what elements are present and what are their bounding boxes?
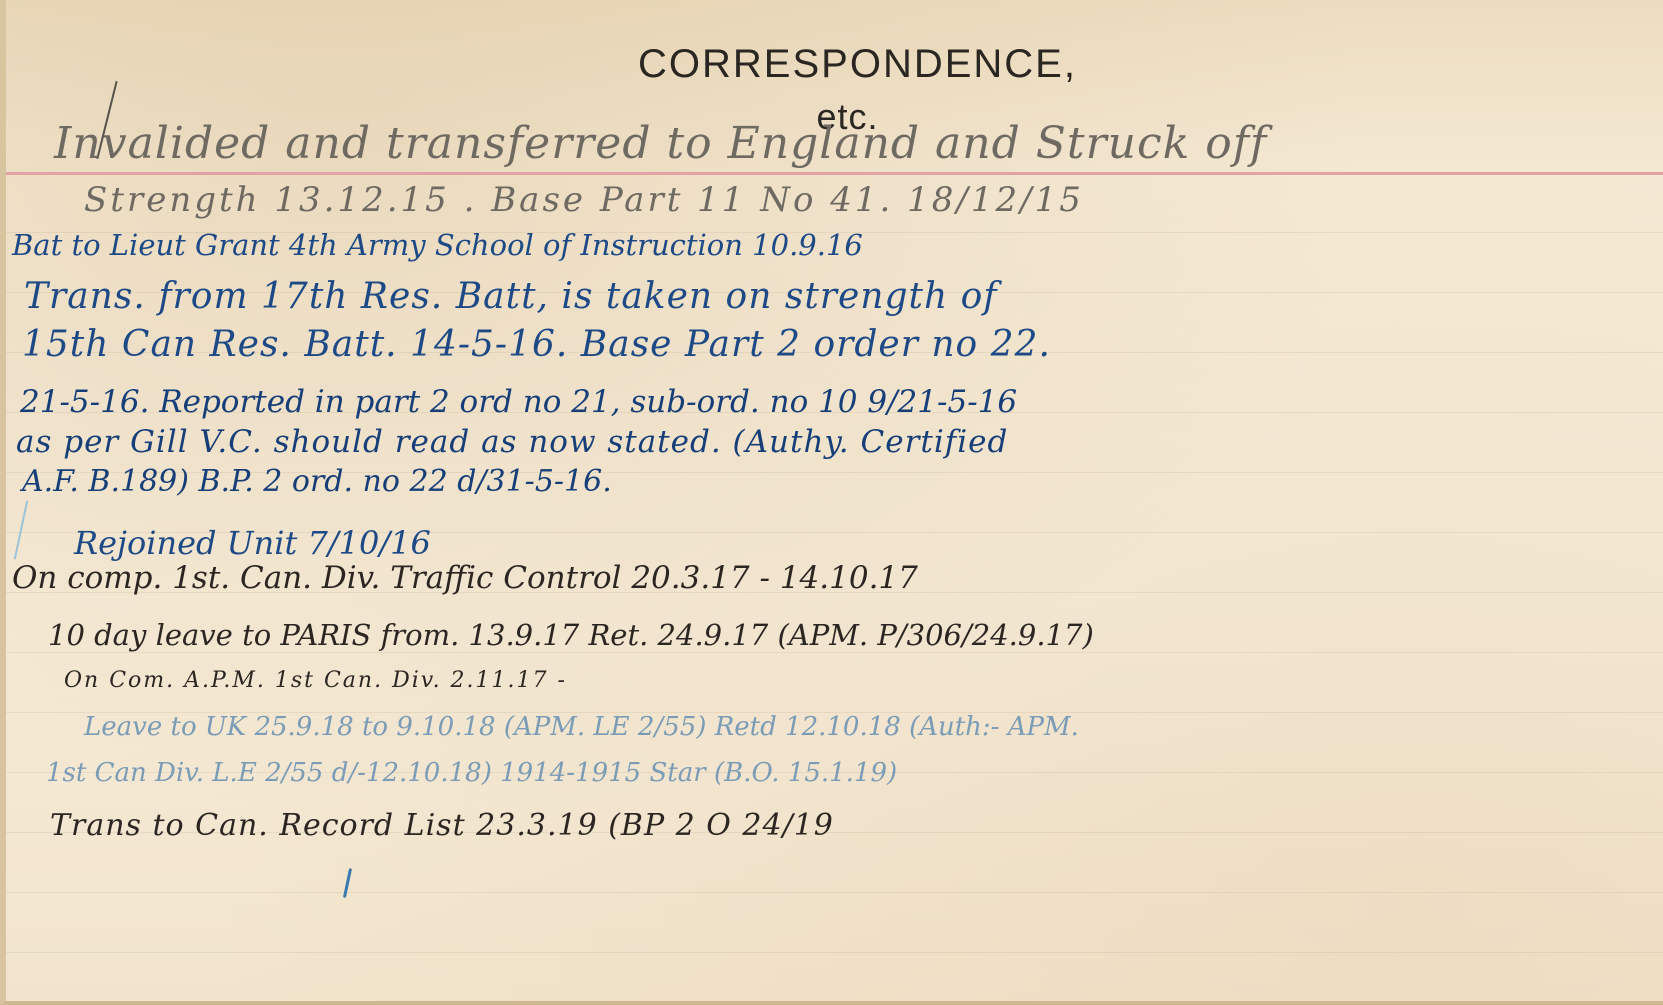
entry-line: On Com. A.P.M. 1st Can. Div. 2.11.17 - <box>64 668 567 693</box>
entry-line: Invalided and transferred to England and… <box>54 118 1267 169</box>
entry-line: 15th Can Res. Batt. 14-5-16. Base Part 2… <box>22 324 1051 365</box>
ruled-line <box>6 952 1663 953</box>
ink-tick-mark <box>14 500 28 559</box>
entry-line: 21-5-16. Reported in part 2 ord no 21, s… <box>20 384 1017 420</box>
ink-tick-mark <box>343 868 352 898</box>
entry-line: Rejoined Unit 7/10/16 <box>74 524 431 562</box>
entry-line: 10 day leave to PARIS from. 13.9.17 Ret.… <box>48 618 1094 652</box>
card-heading: CORRESPONDENCE, <box>6 42 1663 87</box>
entry-line: A.F. B.189) B.P. 2 ord. no 22 d/31-5-16. <box>22 464 612 499</box>
entry-line: Leave to UK 25.9.18 to 9.10.18 (APM. LE … <box>84 712 1079 742</box>
entry-line: On comp. 1st. Can. Div. Traffic Control … <box>12 560 918 596</box>
entry-line: 1st Can Div. L.E 2/55 d/-12.10.18) 1914-… <box>46 758 897 788</box>
entry-line: Bat to Lieut Grant 4th Army School of In… <box>12 228 863 262</box>
entry-line: Trans to Can. Record List 23.3.19 (BP 2 … <box>50 808 834 843</box>
entry-line: Trans. from 17th Res. Batt, is taken on … <box>24 276 998 317</box>
correspondence-card: CORRESPONDENCE, etc. Invalided and trans… <box>0 0 1663 1005</box>
entry-line: as per Gill V.C. should read as now stat… <box>16 424 1008 460</box>
red-margin-rule <box>6 172 1663 175</box>
ruled-line <box>6 652 1663 653</box>
entry-line: Strength 13.12.15 . Base Part 11 No 41. … <box>84 180 1084 220</box>
ruled-line <box>6 892 1663 893</box>
